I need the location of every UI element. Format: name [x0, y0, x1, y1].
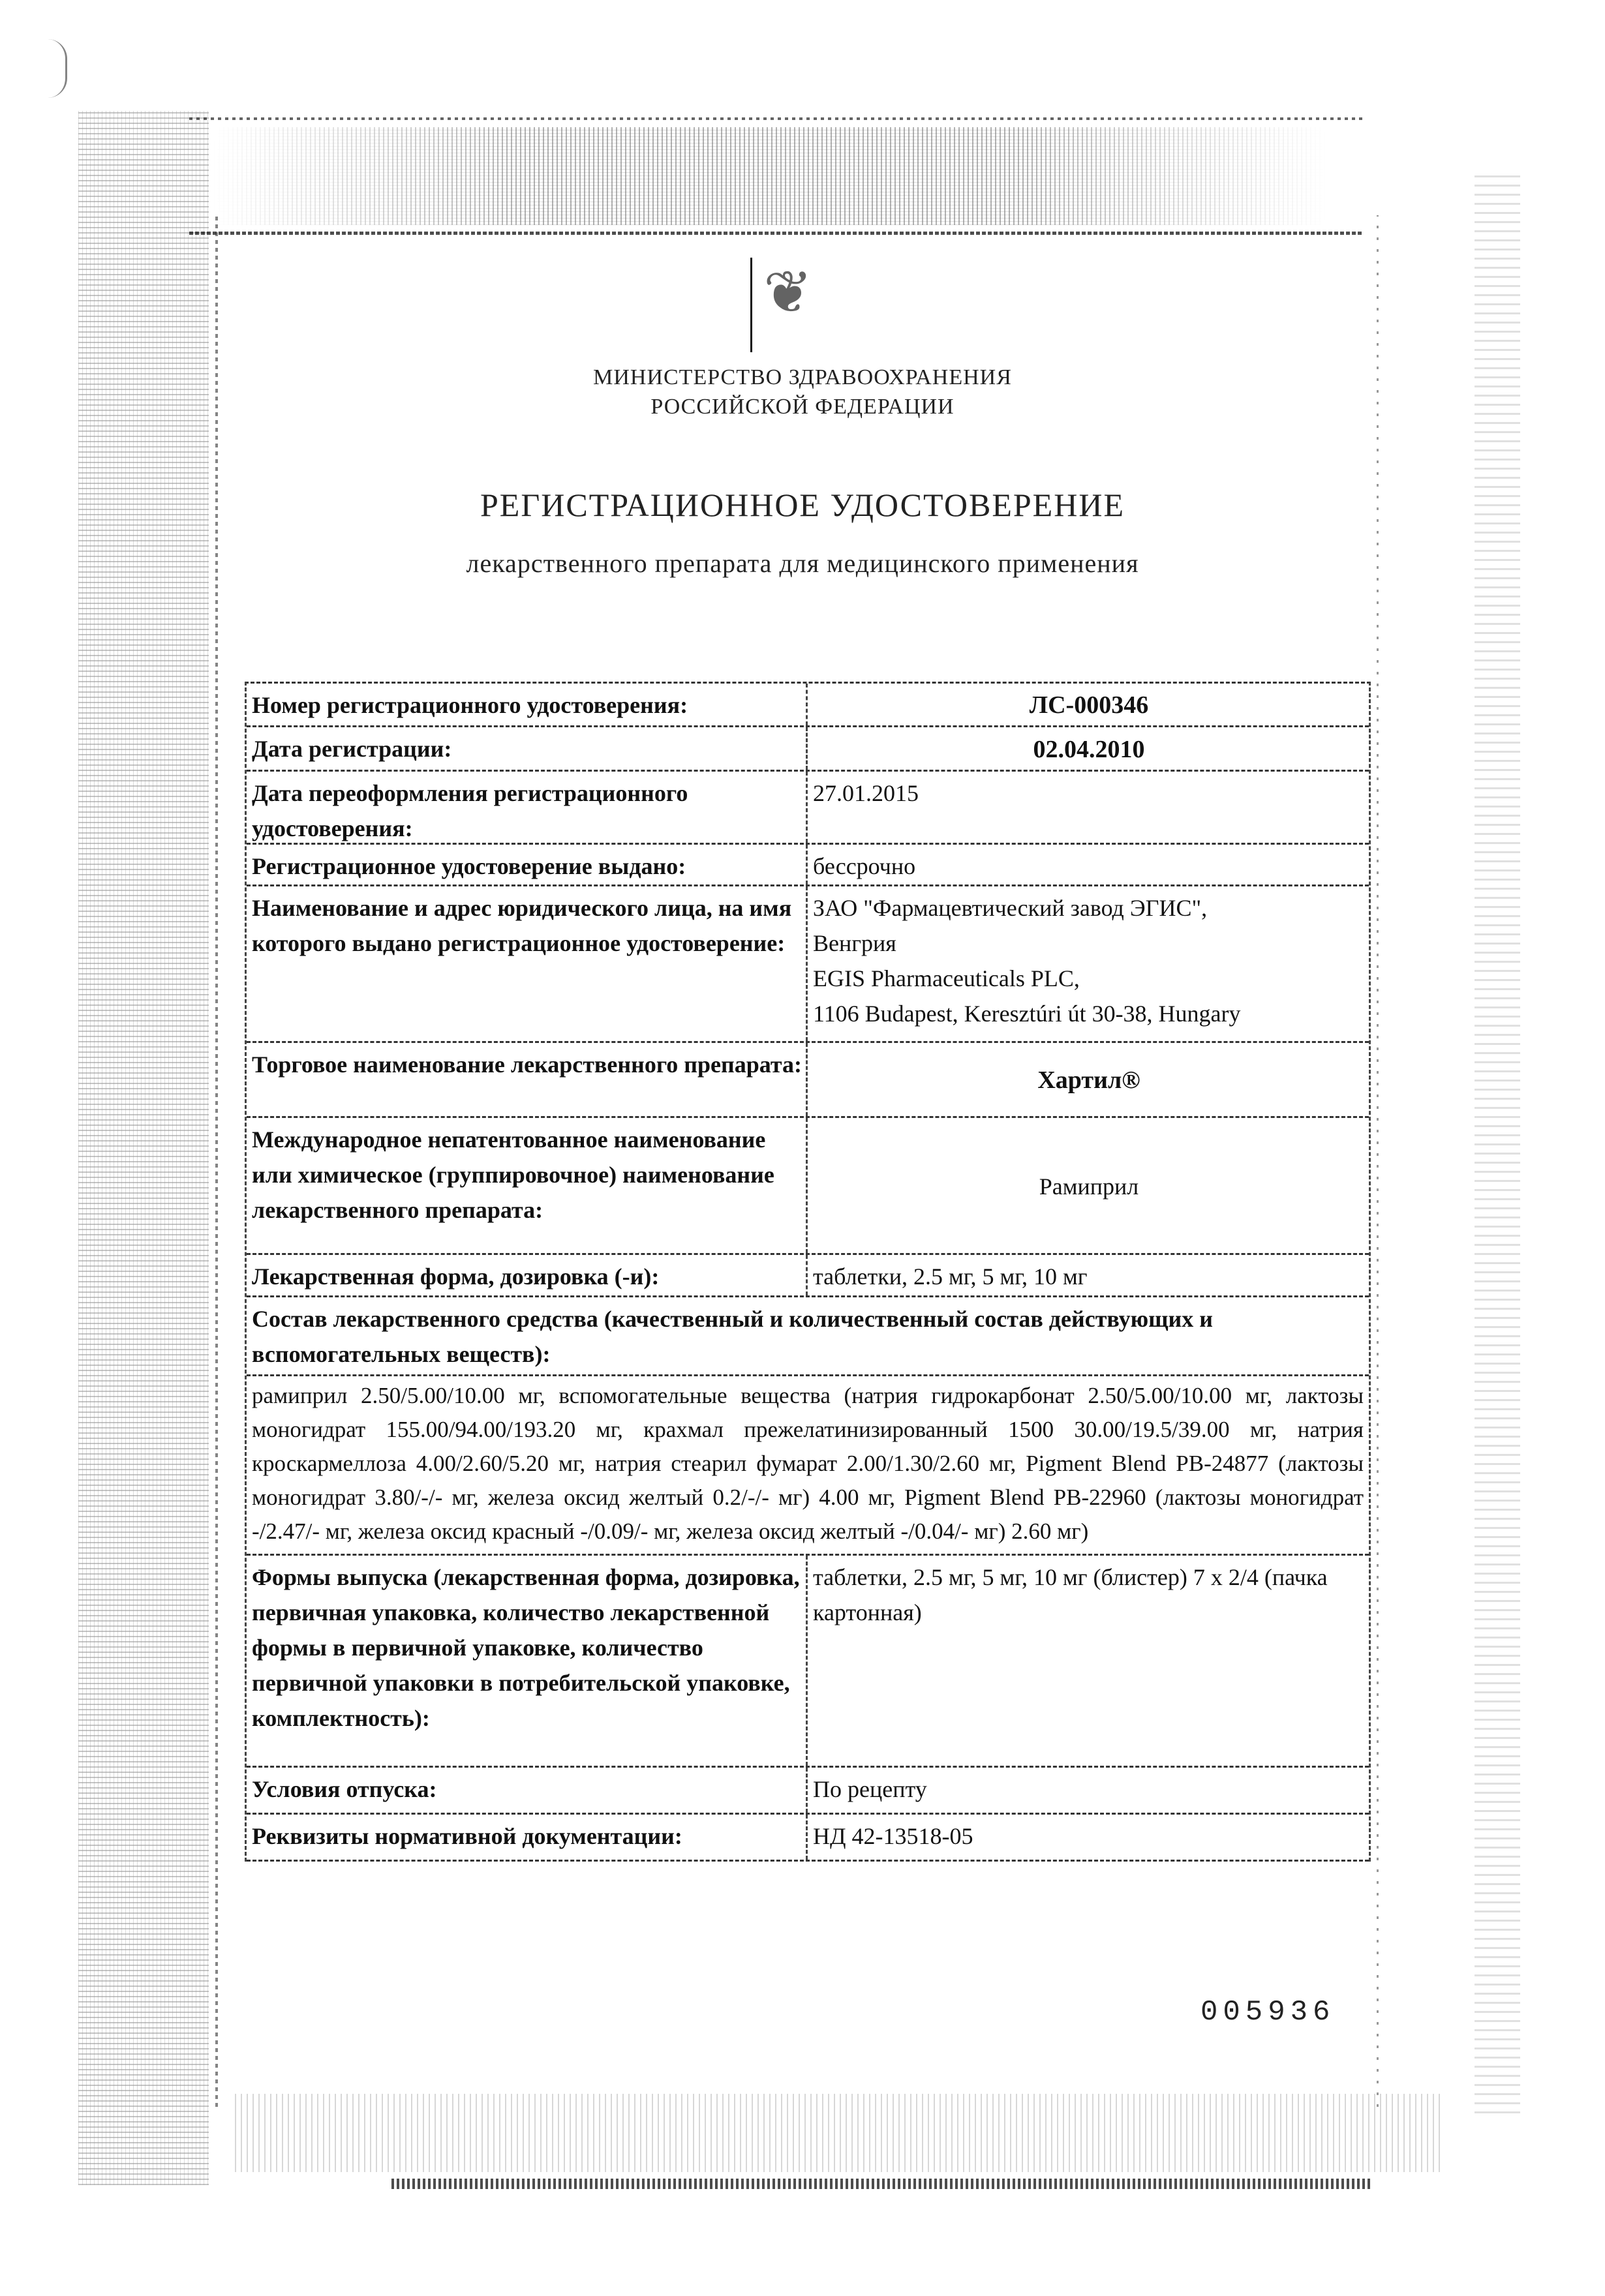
- holder-street: 1106 Budapest, Keresztúri út 30-38, Hung…: [813, 996, 1365, 1031]
- table-row-normative-doc: Реквизиты нормативной документации: НД 4…: [247, 1815, 1369, 1862]
- row-label: Международное непатентованное наименован…: [247, 1118, 808, 1253]
- frame-left-ornament: [78, 111, 209, 2185]
- table-row-holder: Наименование и адрес юридического лица, …: [247, 886, 1369, 1043]
- frame-top-ornament: [150, 127, 1390, 225]
- registration-number: ЛС-000346: [808, 684, 1369, 725]
- reissue-date: 27.01.2015: [808, 772, 1369, 843]
- row-label: Наименование и адрес юридического лица, …: [247, 886, 808, 1041]
- validity-value: бессрочно: [808, 845, 1369, 884]
- frame-bottom-ornament: [235, 2094, 1442, 2172]
- corner-mark: [39, 39, 67, 98]
- dosage-form: таблетки, 2.5 мг, 5 мг, 10 мг: [808, 1255, 1369, 1295]
- row-label: Реквизиты нормативной документации:: [247, 1815, 808, 1860]
- trade-name: Хартил®: [808, 1043, 1369, 1116]
- registration-date: 02.04.2010: [808, 727, 1369, 770]
- row-label: Формы выпуска (лекарственная форма, дози…: [247, 1556, 808, 1766]
- row-label: Регистрационное удостоверение выдано:: [247, 845, 808, 884]
- ministry-name-line1: МИНИСТЕРСТВО ЗДРАВООХРАНЕНИЯ: [0, 365, 1605, 390]
- frame-right-microtext: [1475, 170, 1520, 2113]
- table-row-trade-name: Торговое наименование лекарственного пре…: [247, 1043, 1369, 1118]
- table-row-dispensing: Условия отпуска: По рецепту: [247, 1768, 1369, 1815]
- row-label: Условия отпуска:: [247, 1768, 808, 1813]
- ministry-name-line2: РОССИЙСКОЙ ФЕДЕРАЦИИ: [0, 395, 1605, 419]
- document-title: РЕГИСТРАЦИОННОЕ УДОСТОВЕРЕНИЕ: [0, 486, 1605, 524]
- table-row-dosage-form: Лекарственная форма, дозировка (-и): таб…: [247, 1255, 1369, 1297]
- holder-company: EGIS Pharmaceuticals PLC,: [813, 961, 1365, 996]
- table-row-registration-number: Номер регистрационного удостоверения: ЛС…: [247, 684, 1369, 727]
- frame-top-inner-line: [189, 232, 1364, 235]
- holder-name: ЗАО "Фармацевтический завод ЭГИС",: [813, 890, 1365, 926]
- serial-number: 005936: [1200, 1996, 1335, 2029]
- document-subtitle: лекарственного препарата для медицинског…: [0, 548, 1605, 579]
- row-label: Лекарственная форма, дозировка (-и):: [247, 1255, 808, 1295]
- row-label: Номер регистрационного удостоверения:: [247, 684, 808, 725]
- frame-bottom-microtext-line: [391, 2179, 1370, 2189]
- row-label: Дата регистрации:: [247, 727, 808, 770]
- composition-text: рамиприл 2.50/5.00/10.00 мг, вспомогател…: [247, 1376, 1369, 1554]
- eagle-emblem-icon: ❦: [750, 258, 842, 355]
- table-row-inn: Международное непатентованное наименован…: [247, 1118, 1369, 1255]
- row-label: Дата переоформления регистрационного удо…: [247, 772, 808, 843]
- holder-country: Венгрия: [813, 926, 1365, 961]
- table-row-reissue-date: Дата переоформления регистрационного удо…: [247, 772, 1369, 845]
- composition-label: Состав лекарственного средства (качестве…: [247, 1297, 1369, 1376]
- row-label: Торговое наименование лекарственного пре…: [247, 1043, 808, 1116]
- table-row-validity: Регистрационное удостоверение выдано: бе…: [247, 845, 1369, 886]
- table-row-release-forms: Формы выпуска (лекарственная форма, дози…: [247, 1556, 1369, 1768]
- normative-doc: НД 42-13518-05: [808, 1815, 1369, 1860]
- table-row-registration-date: Дата регистрации: 02.04.2010: [247, 727, 1369, 772]
- inn-name: Рамиприл: [808, 1118, 1369, 1253]
- release-forms: таблетки, 2.5 мг, 5 мг, 10 мг (блистер) …: [808, 1556, 1369, 1766]
- table-row-composition: Состав лекарственного средства (качестве…: [247, 1297, 1369, 1556]
- holder-address: ЗАО "Фармацевтический завод ЭГИС", Венгр…: [808, 886, 1369, 1041]
- dispensing-conditions: По рецепту: [808, 1768, 1369, 1813]
- registration-table: Номер регистрационного удостоверения: ЛС…: [245, 682, 1371, 1862]
- frame-top-border-line: [189, 117, 1364, 120]
